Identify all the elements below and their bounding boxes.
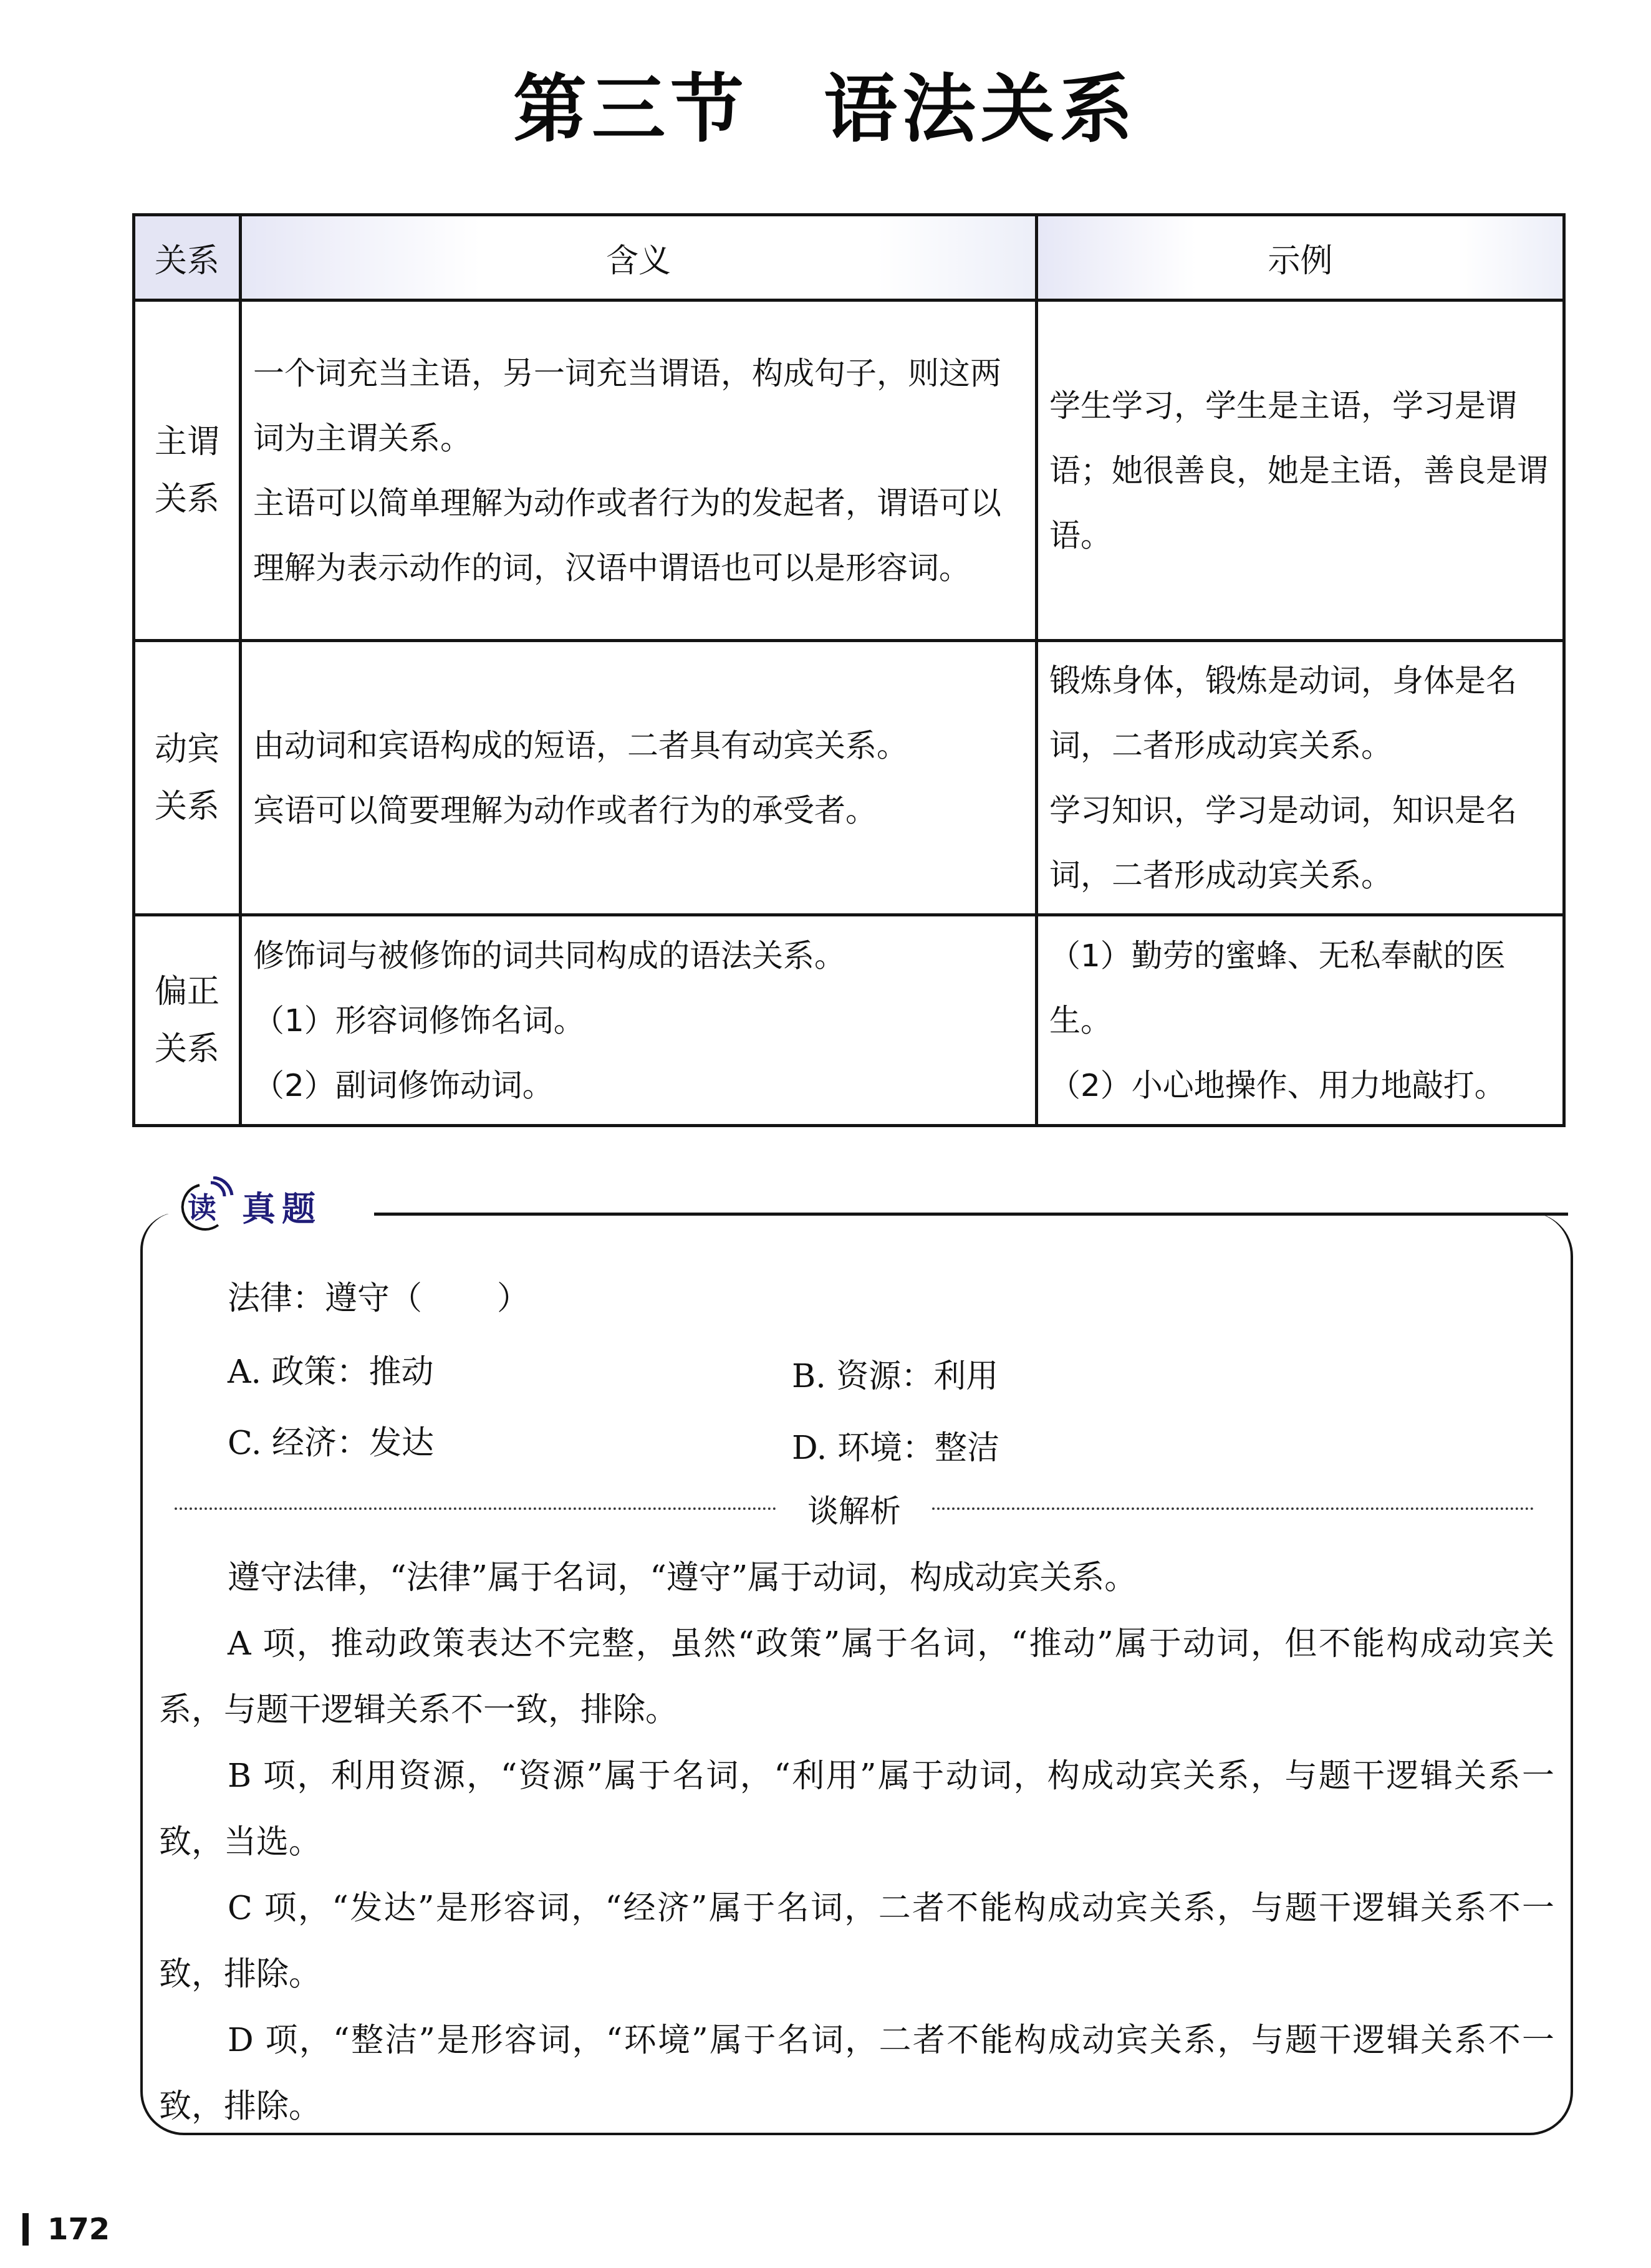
option-d: D. 环境：整洁	[792, 1421, 999, 1468]
section-number: 第三节	[513, 65, 749, 152]
analysis-divider: 谈解析	[175, 1490, 1534, 1527]
example-cell: 学生学习，学生是主语，学习是谓语；她很善良，她是主语，善良是谓语。	[1037, 300, 1564, 641]
header-example: 示例	[1037, 215, 1564, 300]
analysis-label: 谈解析	[776, 1486, 932, 1531]
meaning-cell: 由动词和宾语构成的短语，二者具有动宾关系。 宾语可以简要理解为动作或者行为的承受…	[241, 641, 1037, 915]
relation-cell: 动宾 关系	[134, 641, 241, 915]
page-marker-bar	[22, 2213, 29, 2246]
svg-text:读: 读	[188, 1191, 216, 1224]
question-box-title: 真题	[242, 1183, 322, 1231]
read-logo-icon: 读	[175, 1176, 234, 1236]
analysis-paragraph: B 项，利用资源，“资源”属于名词，“利用”属于动词，构成动宾关系，与题干逻辑关…	[159, 1743, 1554, 1875]
header-relation: 关系	[134, 215, 241, 300]
dotted-line	[175, 1507, 776, 1510]
section-name: 语法关系	[824, 65, 1138, 152]
meaning-cell: 一个词充当主语，另一词充当谓语，构成句子，则这两词为主谓关系。 主语可以简单理解…	[241, 300, 1037, 641]
analysis-paragraph: 遵守法律，“法律”属于名词，“遵守”属于动词，构成动宾关系。	[159, 1545, 1554, 1611]
question-stem: 法律：遵守（）	[228, 1272, 529, 1319]
table-header-row: 关系 含义 示例	[134, 215, 1564, 300]
table-row: 主谓 关系 一个词充当主语，另一词充当谓语，构成句子，则这两词为主谓关系。 主语…	[134, 300, 1564, 641]
example-cell: 锻炼身体，锻炼是动词，身体是名词，二者形成动宾关系。 学习知识，学习是动词，知识…	[1037, 641, 1564, 915]
table-row: 偏正 关系 修饰词与被修饰的词共同构成的语法关系。 （1）形容词修饰名词。 （2…	[134, 915, 1564, 1126]
meaning-cell: 修饰词与被修饰的词共同构成的语法关系。 （1）形容词修饰名词。 （2）副词修饰动…	[241, 915, 1037, 1126]
option-a: A. 政策：推动	[228, 1345, 434, 1392]
dotted-line	[932, 1507, 1534, 1510]
analysis-text: 遵守法律，“法律”属于名词，“遵守”属于动词，构成动宾关系。 A 项，推动政策表…	[159, 1545, 1554, 2140]
analysis-paragraph: D 项，“整洁”是形容词，“环境”属于名词，二者不能构成动宾关系，与题干逻辑关系…	[159, 2007, 1554, 2140]
grammar-relations-table: 关系 含义 示例 主谓 关系 一个词充当主语，另一词充当谓语，构成句子，则这两词…	[132, 213, 1566, 1127]
option-c: C. 经济：发达	[228, 1416, 434, 1463]
analysis-paragraph: C 项，“发达”是形容词，“经济”属于名词，二者不能构成动宾关系，与题干逻辑关系…	[159, 1875, 1554, 2007]
relation-cell: 主谓 关系	[134, 300, 241, 641]
table-row: 动宾 关系 由动词和宾语构成的短语，二者具有动宾关系。 宾语可以简要理解为动作或…	[134, 641, 1564, 915]
page-title: 第三节语法关系	[0, 50, 1651, 156]
page-number: 172	[22, 2212, 110, 2247]
relation-cell: 偏正 关系	[134, 915, 241, 1126]
box-top-border	[374, 1213, 1568, 1216]
header-meaning: 含义	[241, 215, 1037, 300]
analysis-paragraph: A 项，推动政策表达不完整，虽然“政策”属于名词，“推动”属于动词，但不能构成动…	[159, 1611, 1554, 1743]
example-cell: （1）勤劳的蜜蜂、无私奉献的医生。 （2）小心地操作、用力地敲打。	[1037, 915, 1564, 1126]
option-b: B. 资源：利用	[792, 1350, 998, 1396]
question-box-header: 读 真题	[168, 1172, 339, 1241]
